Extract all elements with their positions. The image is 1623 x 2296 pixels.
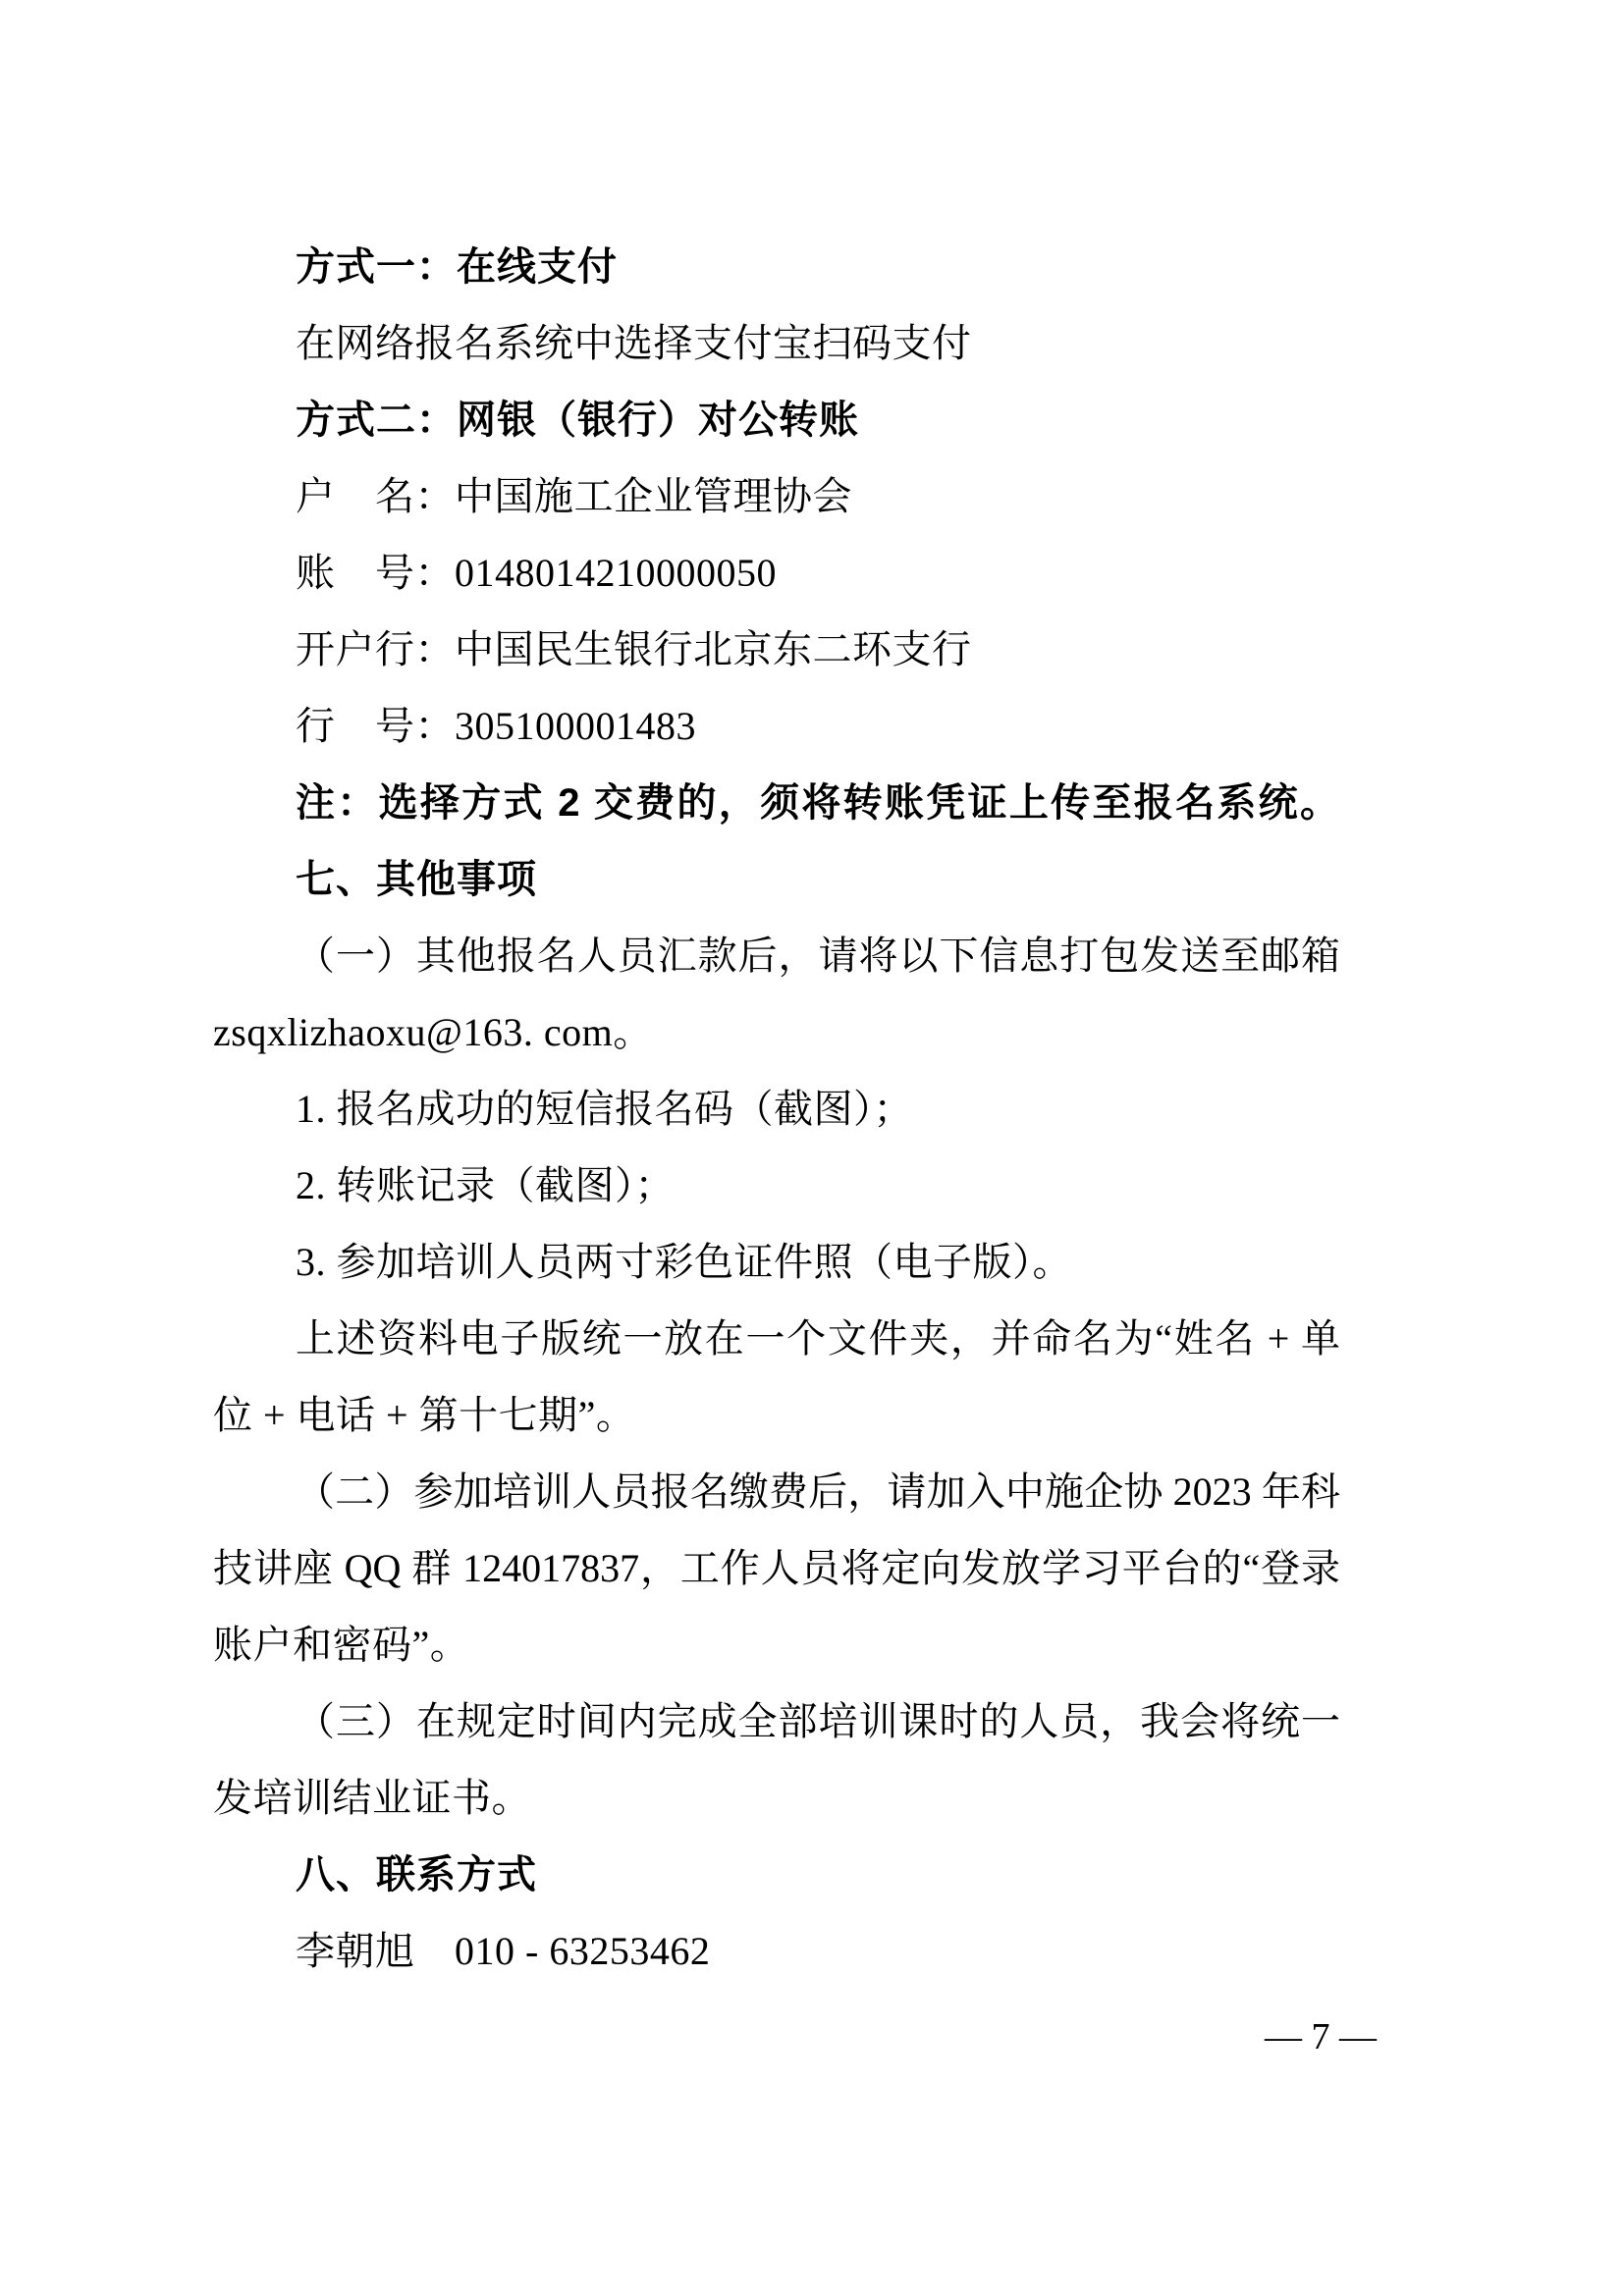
other-item-3-line-1: （三）在规定时间内完成全部培训课时的人员，我会将统一颁 [213,1683,1340,1760]
bank-code-line: 行 号：305100001483 [213,688,1340,765]
payment-method-1-heading: 方式一：在线支付 [213,229,1340,305]
page-number: — 7 — [1222,2002,1419,2071]
payment-method-2-heading: 方式二：网银（银行）对公转账 [213,382,1340,458]
list-item-1: 1. 报名成功的短信报名码（截图）； [213,1071,1340,1148]
account-name-line: 户 名：中国施工企业管理协会 [213,458,1340,535]
email-line: zsqxlizhaoxu@163. com。 [213,994,1340,1071]
other-item-2-line-2: 技讲座 QQ 群 124017837，工作人员将定向发放学习平台的“登录 [213,1530,1340,1607]
bank-branch-line: 开户行：中国民生银行北京东二环支行 [213,612,1340,688]
folder-naming-line-1: 上述资料电子版统一放在一个文件夹，并命名为“姓名 + 单 [213,1301,1340,1377]
list-item-3: 3. 参加培训人员两寸彩色证件照（电子版）。 [213,1224,1340,1301]
payment-method-1-description: 在网络报名系统中选择支付宝扫码支付 [213,305,1340,382]
other-item-2-line-1: （二）参加培训人员报名缴费后，请加入中施企协 2023 年科 [213,1454,1340,1530]
folder-naming-line-2: 位 + 电话 + 第十七期”。 [213,1377,1340,1454]
other-item-3-line-2: 发培训结业证书。 [213,1760,1340,1837]
document-page: 方式一：在线支付 在网络报名系统中选择支付宝扫码支付 方式二：网银（银行）对公转… [0,0,1623,2296]
list-item-2: 2. 转账记录（截图）； [213,1148,1340,1224]
section-7-heading: 七、其他事项 [213,841,1340,918]
payment-note-line: 注：选择方式 2 交费的，须将转账凭证上传至报名系统。 [213,765,1340,841]
document-body: 方式一：在线支付 在网络报名系统中选择支付宝扫码支付 方式二：网银（银行）对公转… [213,229,1340,1990]
other-item-1-line-1: （一）其他报名人员汇款后，请将以下信息打包发送至邮箱 [213,918,1340,994]
section-8-heading: 八、联系方式 [213,1837,1340,1913]
contact-line: 李朝旭 010 - 63253462 [213,1913,1340,1990]
account-number-line: 账 号：0148014210000050 [213,535,1340,612]
other-item-2-line-3: 账户和密码”。 [213,1607,1340,1683]
